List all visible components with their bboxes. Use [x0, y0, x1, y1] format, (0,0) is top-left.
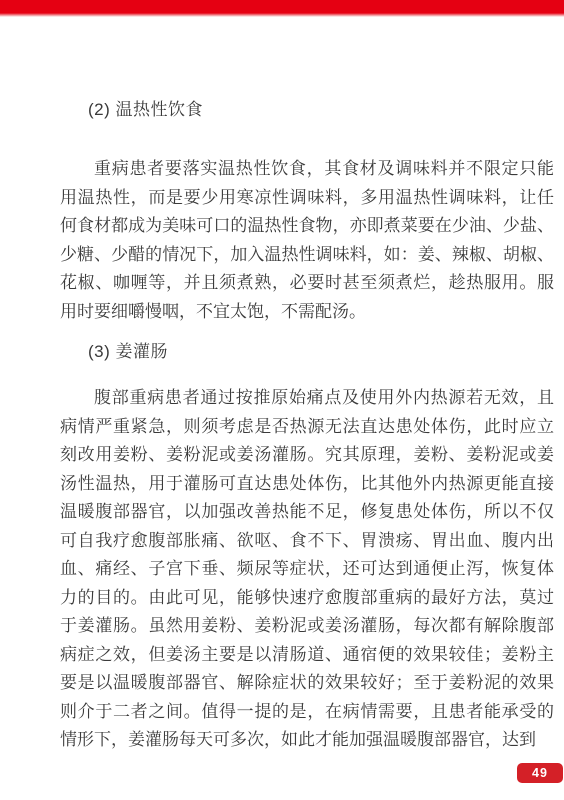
text-line: 花椒、咖喱等，并且须煮熟，必要时甚至须煮烂，趁热服用。服	[60, 269, 554, 298]
paragraph-ginger-enema: 腹部重病患者通过按推原始痛点及使用外内热源若无效，且病情严重紧急，则须考虑是否热…	[60, 384, 554, 755]
text-line: 何食材都成为美味可口的温热性食物，亦即煮菜要在少油、少盐、	[60, 212, 554, 241]
page-number: 49	[532, 767, 548, 780]
top-accent-bar	[0, 0, 564, 17]
page-number-badge: 49	[517, 763, 563, 783]
text-line: 要是以温暖腹部器官、解除症状的效果较好；至于姜粉泥的效果	[60, 669, 554, 698]
text-line: 病情严重紧急，则须考虑是否热源无法直达患处体伤，此时应立	[60, 413, 554, 442]
text-line: 用温热性，而是要少用寒凉性调味料，多用温热性调味料，让任	[60, 184, 554, 213]
text-line: 病症之效，但姜汤主要是以清肠道、通宿便的效果较佳；姜粉主	[60, 641, 554, 670]
text-line: 可自我疗愈腹部胀痛、欲呕、食不下、胃溃疡、胃出血、腹内出	[60, 527, 554, 556]
paragraph-warm-diet: 重病患者要落实温热性饮食，其食材及调味料并不限定只能用温热性，而是要少用寒凉性调…	[60, 155, 554, 326]
text-line: 刻改用姜粉、姜粉泥或姜汤灌肠。究其原理，姜粉、姜粉泥或姜	[60, 441, 554, 470]
text-line: 于姜灌肠。虽然用姜粉、姜粉泥或姜汤灌肠，每次都有解除腹部	[60, 612, 554, 641]
text-line: 情形下，姜灌肠每天可多次，如此才能加强温暖腹部器官，达到	[60, 726, 554, 755]
text-line: 少糖、少醋的情况下，加入温热性调味料，如：姜、辣椒、胡椒、	[60, 241, 554, 270]
text-line: 汤性温热，用于灌肠可直达患处体伤，比其他外内热源更能直接	[60, 470, 554, 499]
text-line: 温暖腹部器官，以加强改善热能不足，修复患处体伤，所以不仅	[60, 498, 554, 527]
text-line: 则介于二者之间。值得一提的是，在病情需要，且患者能承受的	[60, 698, 554, 727]
book-page: (2) 温热性饮食 重病患者要落实温热性饮食，其食材及调味料并不限定只能用温热性…	[0, 0, 564, 800]
text-line: 用时要细嚼慢咽，不宜太饱，不需配汤。	[60, 298, 554, 327]
text-line: 腹部重病患者通过按推原始痛点及使用外内热源若无效，且	[60, 384, 554, 413]
text-line: 力的目的。由此可见，能够快速疗愈腹部重病的最好方法，莫过	[60, 584, 554, 613]
text-line: 血、痛经、子宫下垂、频尿等症状，还可达到通便止泻，恢复体	[60, 555, 554, 584]
text-line: 重病患者要落实温热性饮食，其食材及调味料并不限定只能	[60, 155, 554, 184]
section-heading-warm-diet: (2) 温热性饮食	[88, 100, 203, 120]
section-heading-ginger-enema: (3) 姜灌肠	[88, 342, 168, 362]
